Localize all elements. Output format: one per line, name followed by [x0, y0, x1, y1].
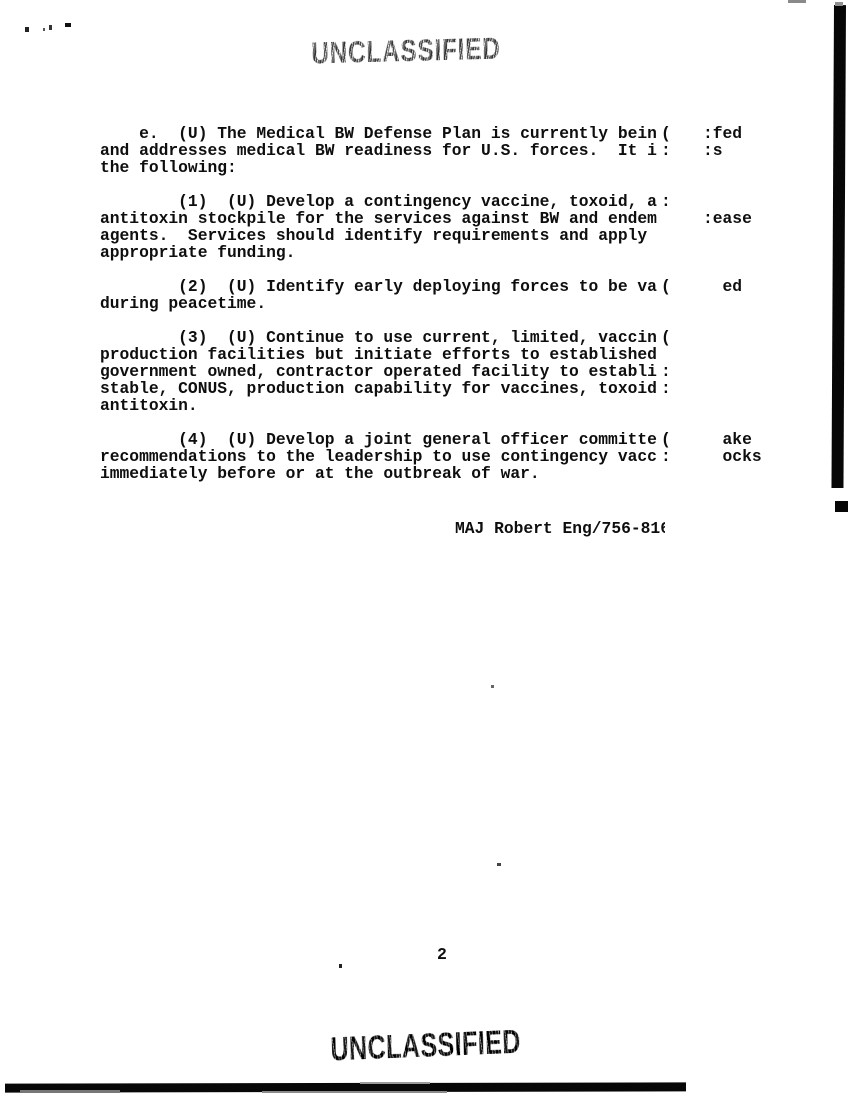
scan-speck: [65, 23, 71, 27]
scanned-memo-page: UNCLASSIFIED e. (U) The Medical BW Defen…: [0, 0, 850, 1097]
scan-speck: [497, 863, 501, 866]
bottom-bar-gray-patch: [20, 1090, 120, 1093]
signature-text: MAJ Robert Eng/756-81: [455, 519, 660, 538]
bottom-bar-gray-patch: [262, 1091, 447, 1093]
right-edge-black-square: [835, 501, 848, 512]
unclassified-stamp-top: UNCLASSIFIED: [311, 31, 501, 71]
page-number: 2: [437, 945, 447, 964]
top-right-gray-dash: [788, 0, 806, 3]
right-column-text-fragments: fed s ease ed ake ocks: [703, 125, 762, 465]
signature-clipped-char: 6: [660, 519, 665, 538]
memo-body-text: e. (U) The Medical BW Defense Plan is cu…: [100, 125, 657, 482]
scan-speck: [43, 28, 45, 31]
right-edge-black-bar: [831, 5, 846, 488]
scan-speck: [25, 27, 29, 32]
scan-speck: [491, 685, 494, 688]
scan-speck: [339, 964, 342, 968]
scan-speck: [49, 25, 52, 30]
bottom-bar-gray-patch: [360, 1082, 430, 1084]
right-bar-gray-cap: [835, 2, 843, 6]
unclassified-stamp-bottom: UNCLASSIFIED: [330, 1022, 521, 1068]
signature-line: MAJ Robert Eng/756-816: [455, 519, 665, 538]
cut-edge-character-stubs: ( : : ( ( : : ( :: [661, 125, 671, 465]
